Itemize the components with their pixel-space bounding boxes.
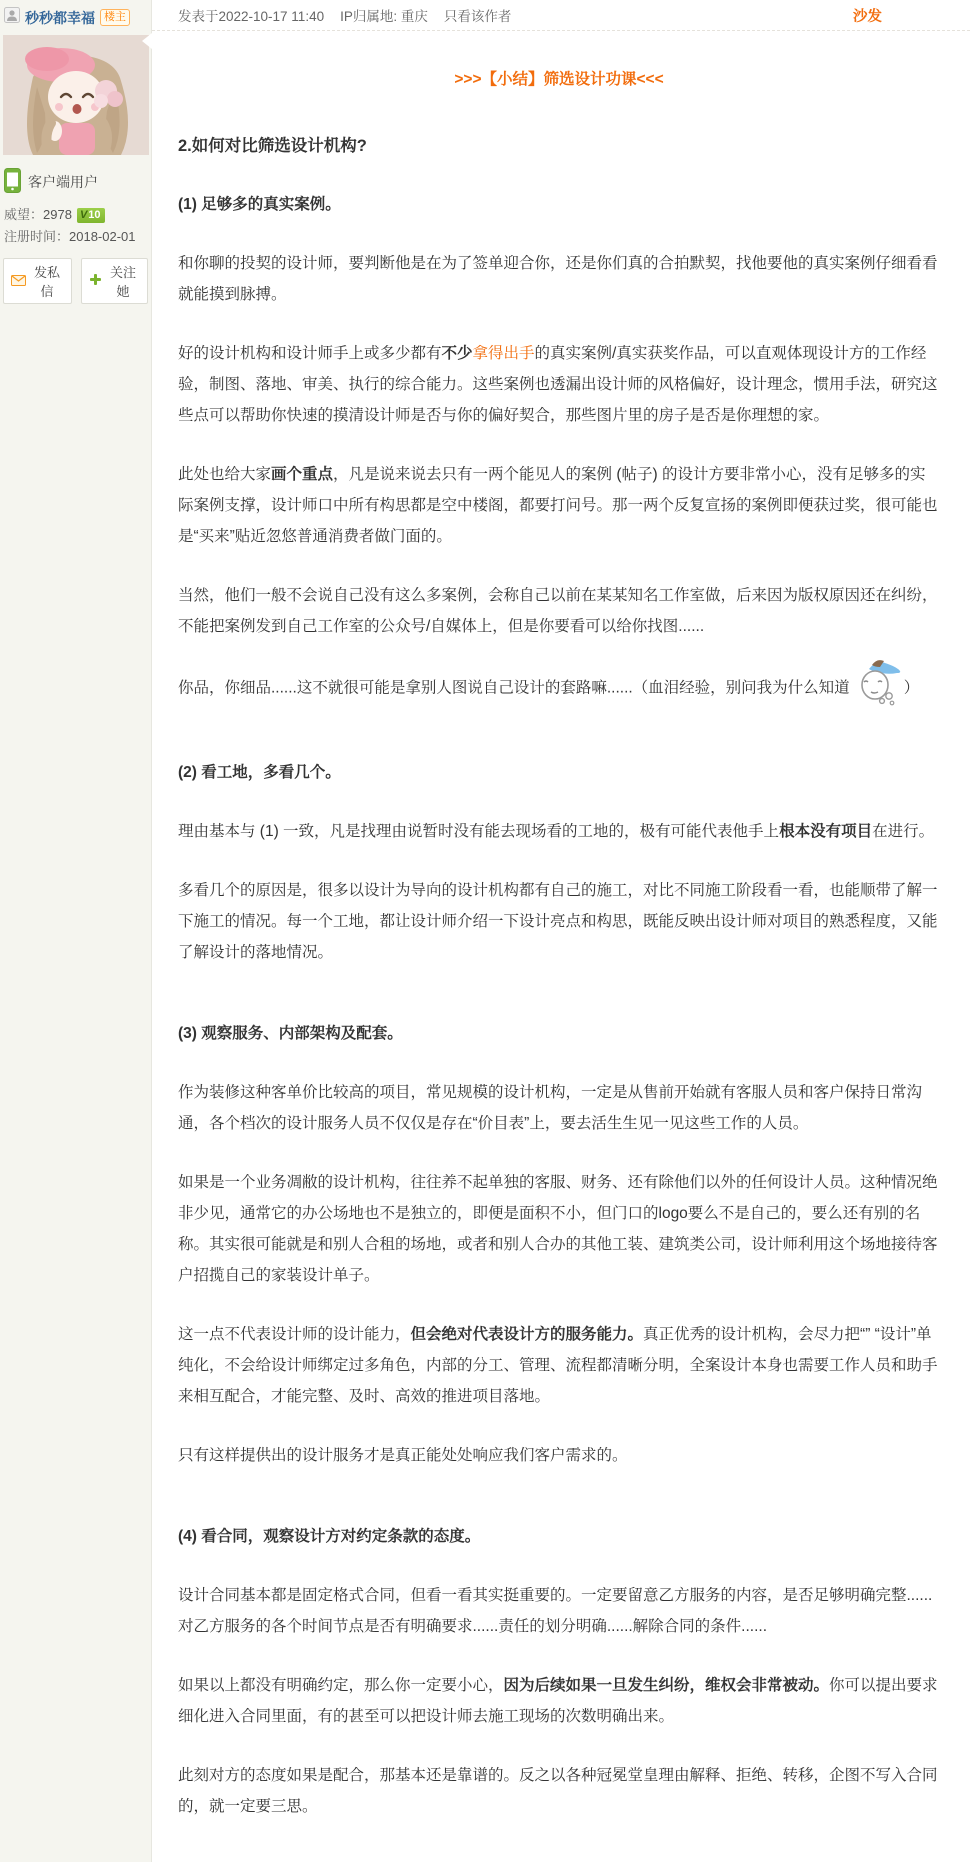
post-paragraph: 此刻对方的态度如果是配合，那基本还是靠谱的。反之以各种冠冕堂皇理由解释、拒绝、转… (178, 1760, 940, 1822)
send-pm-label: 发私信 (30, 262, 64, 300)
author-username[interactable]: 秒秒都幸福 (25, 8, 95, 28)
ip-location: IP归属地: 重庆 (340, 5, 428, 25)
regdate-row: 注册时间： 2018-02-01 (3, 226, 148, 248)
posted-at: 发表于2022-10-17 11:40 (178, 5, 324, 25)
text-segment: 如果以上都没有明确约定，那么你一定要小心， (178, 1677, 504, 1694)
follow-label: 关注她 (106, 262, 140, 300)
speech-notch (142, 33, 152, 49)
post-paragraph: 好的设计机构和设计师手上或多少都有不少拿得出手的真实案例/真实获奖作品，可以直观… (178, 338, 940, 431)
text-segment: ） (904, 680, 920, 697)
post-header: 发表于2022-10-17 11:40 IP归属地: 重庆 只看该作者 沙发 (152, 0, 970, 31)
text-segment: 只有这样提供出的设计服务才是真正能处处响应我们客户需求的。 (178, 1447, 628, 1464)
author-sidebar: 秒秒都幸福 楼主 (0, 0, 152, 1862)
post-paragraph: 你品，你细品......这不就很可能是拿别人图说自己设计的套路嘛......（血… (178, 670, 940, 707)
post-paragraph: 这一点不代表设计师的设计能力，但会绝对代表设计方的服务能力。真正优秀的设计机构，… (178, 1319, 940, 1412)
regdate-label: 注册时间： (4, 226, 69, 248)
forum-post: 秒秒都幸福 楼主 (0, 0, 970, 1862)
avatar[interactable] (3, 35, 149, 155)
text-segment: 当然，他们一般不会说自己没有这么多案例，会称自己以前在某某知名工作室做，后来因为… (178, 587, 938, 635)
level-badge-num: 10 (88, 209, 100, 221)
splash-face-sticker-emoji (851, 656, 903, 717)
text-segment: 作为装修这种客单价比较高的项目，常见规模的设计机构，一定是从售前开始就有客服人员… (178, 1084, 922, 1132)
send-pm-button[interactable]: 发私信 (3, 258, 72, 304)
post-body: >>>【小结】筛选设计功课<<<2.如何对比筛选设计机构? (1) 足够多的真实… (152, 31, 970, 1862)
client-phone-icon (4, 168, 21, 196)
user-group-label: 客户端用户 (28, 172, 98, 192)
floor-label[interactable]: 沙发 (853, 5, 882, 26)
post-paragraph: 多看几个的原因是，很多以设计为导向的设计机构都有自己的施工，对比不同施工阶段看一… (178, 875, 940, 968)
thread-starter-badge: 楼主 (100, 9, 130, 26)
text-segment: 但会绝对代表设计方的服务能力。 (411, 1326, 644, 1343)
text-segment: 在进行。 (872, 823, 934, 840)
reputation-row: 威望： 2978 V10 (3, 204, 148, 226)
post-title: >>>【小结】筛选设计功课<<< (178, 64, 940, 95)
post-paragraph: 此处也给大家画个重点，凡是说来说去只有一两个能见人的案例 (帖子) 的设计方要非… (178, 459, 940, 552)
post-paragraph: 设计合同基本都是固定格式合同，但看一看其实挺重要的。一定要留意乙方服务的内容，是… (178, 1580, 940, 1642)
text-segment: 不少 (442, 345, 473, 362)
user-icon (4, 7, 20, 28)
user-group-row: 客户端用户 (4, 168, 148, 196)
level-badge-v: V (80, 209, 87, 221)
text-segment: 画个重点 (271, 466, 333, 483)
text-segment: 根本没有项目 (779, 823, 872, 840)
post-section-heading: (3) 观察服务、内部架构及配套。 (178, 1018, 940, 1049)
sidebar-buttons: 发私信 关注她 (3, 258, 148, 304)
text-segment: 你品，你细品......这不就很可能是拿别人图说自己设计的套路嘛......（血… (178, 680, 850, 697)
level-badge: V10 (77, 208, 105, 223)
follow-button[interactable]: 关注她 (81, 258, 148, 304)
envelope-icon (11, 274, 26, 289)
text-segment: 因为后续如果一旦发生纠纷，维权会非常被动。 (504, 1677, 830, 1694)
text-segment: 设计合同基本都是固定格式合同，但看一看其实挺重要的。一定要留意乙方服务的内容，是… (178, 1587, 932, 1635)
only-author-link[interactable]: 只看该作者 (444, 5, 512, 25)
author-row: 秒秒都幸福 楼主 (3, 7, 148, 28)
reputation-value: 2978 (43, 204, 72, 226)
text-segment: 如果是一个业务凋敝的设计机构，往往养不起单独的客服、财务、还有除他们以外的任何设… (178, 1174, 938, 1284)
post-paragraph: 和你聊的投契的设计师，要判断他是在为了签单迎合你，还是你们真的合拍默契，找他要他… (178, 248, 940, 310)
text-segment: 和你聊的投契的设计师，要判断他是在为了签单迎合你，还是你们真的合拍默契，找他要他… (178, 255, 938, 303)
post-paragraph: 如果是一个业务凋敝的设计机构，往往养不起单独的客服、财务、还有除他们以外的任何设… (178, 1167, 940, 1291)
text-segment: 这一点不代表设计师的设计能力， (178, 1326, 411, 1343)
post-heading-main: 2.如何对比筛选设计机构? (178, 131, 940, 162)
highlighted-text: 拿得出手 (473, 345, 535, 362)
plus-icon (89, 273, 102, 289)
post-paragraph: 理由基本与 (1) 一致，凡是找理由说暂时没有能去现场看的工地的，极有可能代表他… (178, 816, 940, 847)
text-segment: 此处也给大家 (178, 466, 271, 483)
text-segment: 此刻对方的态度如果是配合，那基本还是靠谱的。反之以各种冠冕堂皇理由解释、拒绝、转… (178, 1767, 938, 1815)
reputation-label: 威望： (4, 204, 43, 226)
post-paragraph: 作为装修这种客单价比较高的项目，常见规模的设计机构，一定是从售前开始就有客服人员… (178, 1077, 940, 1139)
post-paragraph: 如果以上都没有明确约定，那么你一定要小心，因为后续如果一旦发生纠纷，维权会非常被… (178, 1670, 940, 1732)
post-content-area: 发表于2022-10-17 11:40 IP归属地: 重庆 只看该作者 沙发 >… (152, 0, 970, 1862)
post-paragraph: 只有这样提供出的设计服务才是真正能处处响应我们客户需求的。 (178, 1440, 940, 1471)
regdate-value: 2018-02-01 (69, 226, 136, 248)
text-segment: 多看几个的原因是，很多以设计为导向的设计机构都有自己的施工，对比不同施工阶段看一… (178, 882, 938, 961)
text-segment: 理由基本与 (1) 一致，凡是找理由说暂时没有能去现场看的工地的，极有可能代表他… (178, 823, 779, 840)
post-paragraph: 当然，他们一般不会说自己没有这么多案例，会称自己以前在某某知名工作室做，后来因为… (178, 580, 940, 642)
text-segment: 好的设计机构和设计师手上或多少都有 (178, 345, 442, 362)
post-section-heading: (1) 足够多的真实案例。 (178, 189, 940, 220)
post-section-heading: (2) 看工地，多看几个。 (178, 757, 940, 788)
post-section-heading: (4) 看合同，观察设计方对约定条款的态度。 (178, 1521, 940, 1552)
